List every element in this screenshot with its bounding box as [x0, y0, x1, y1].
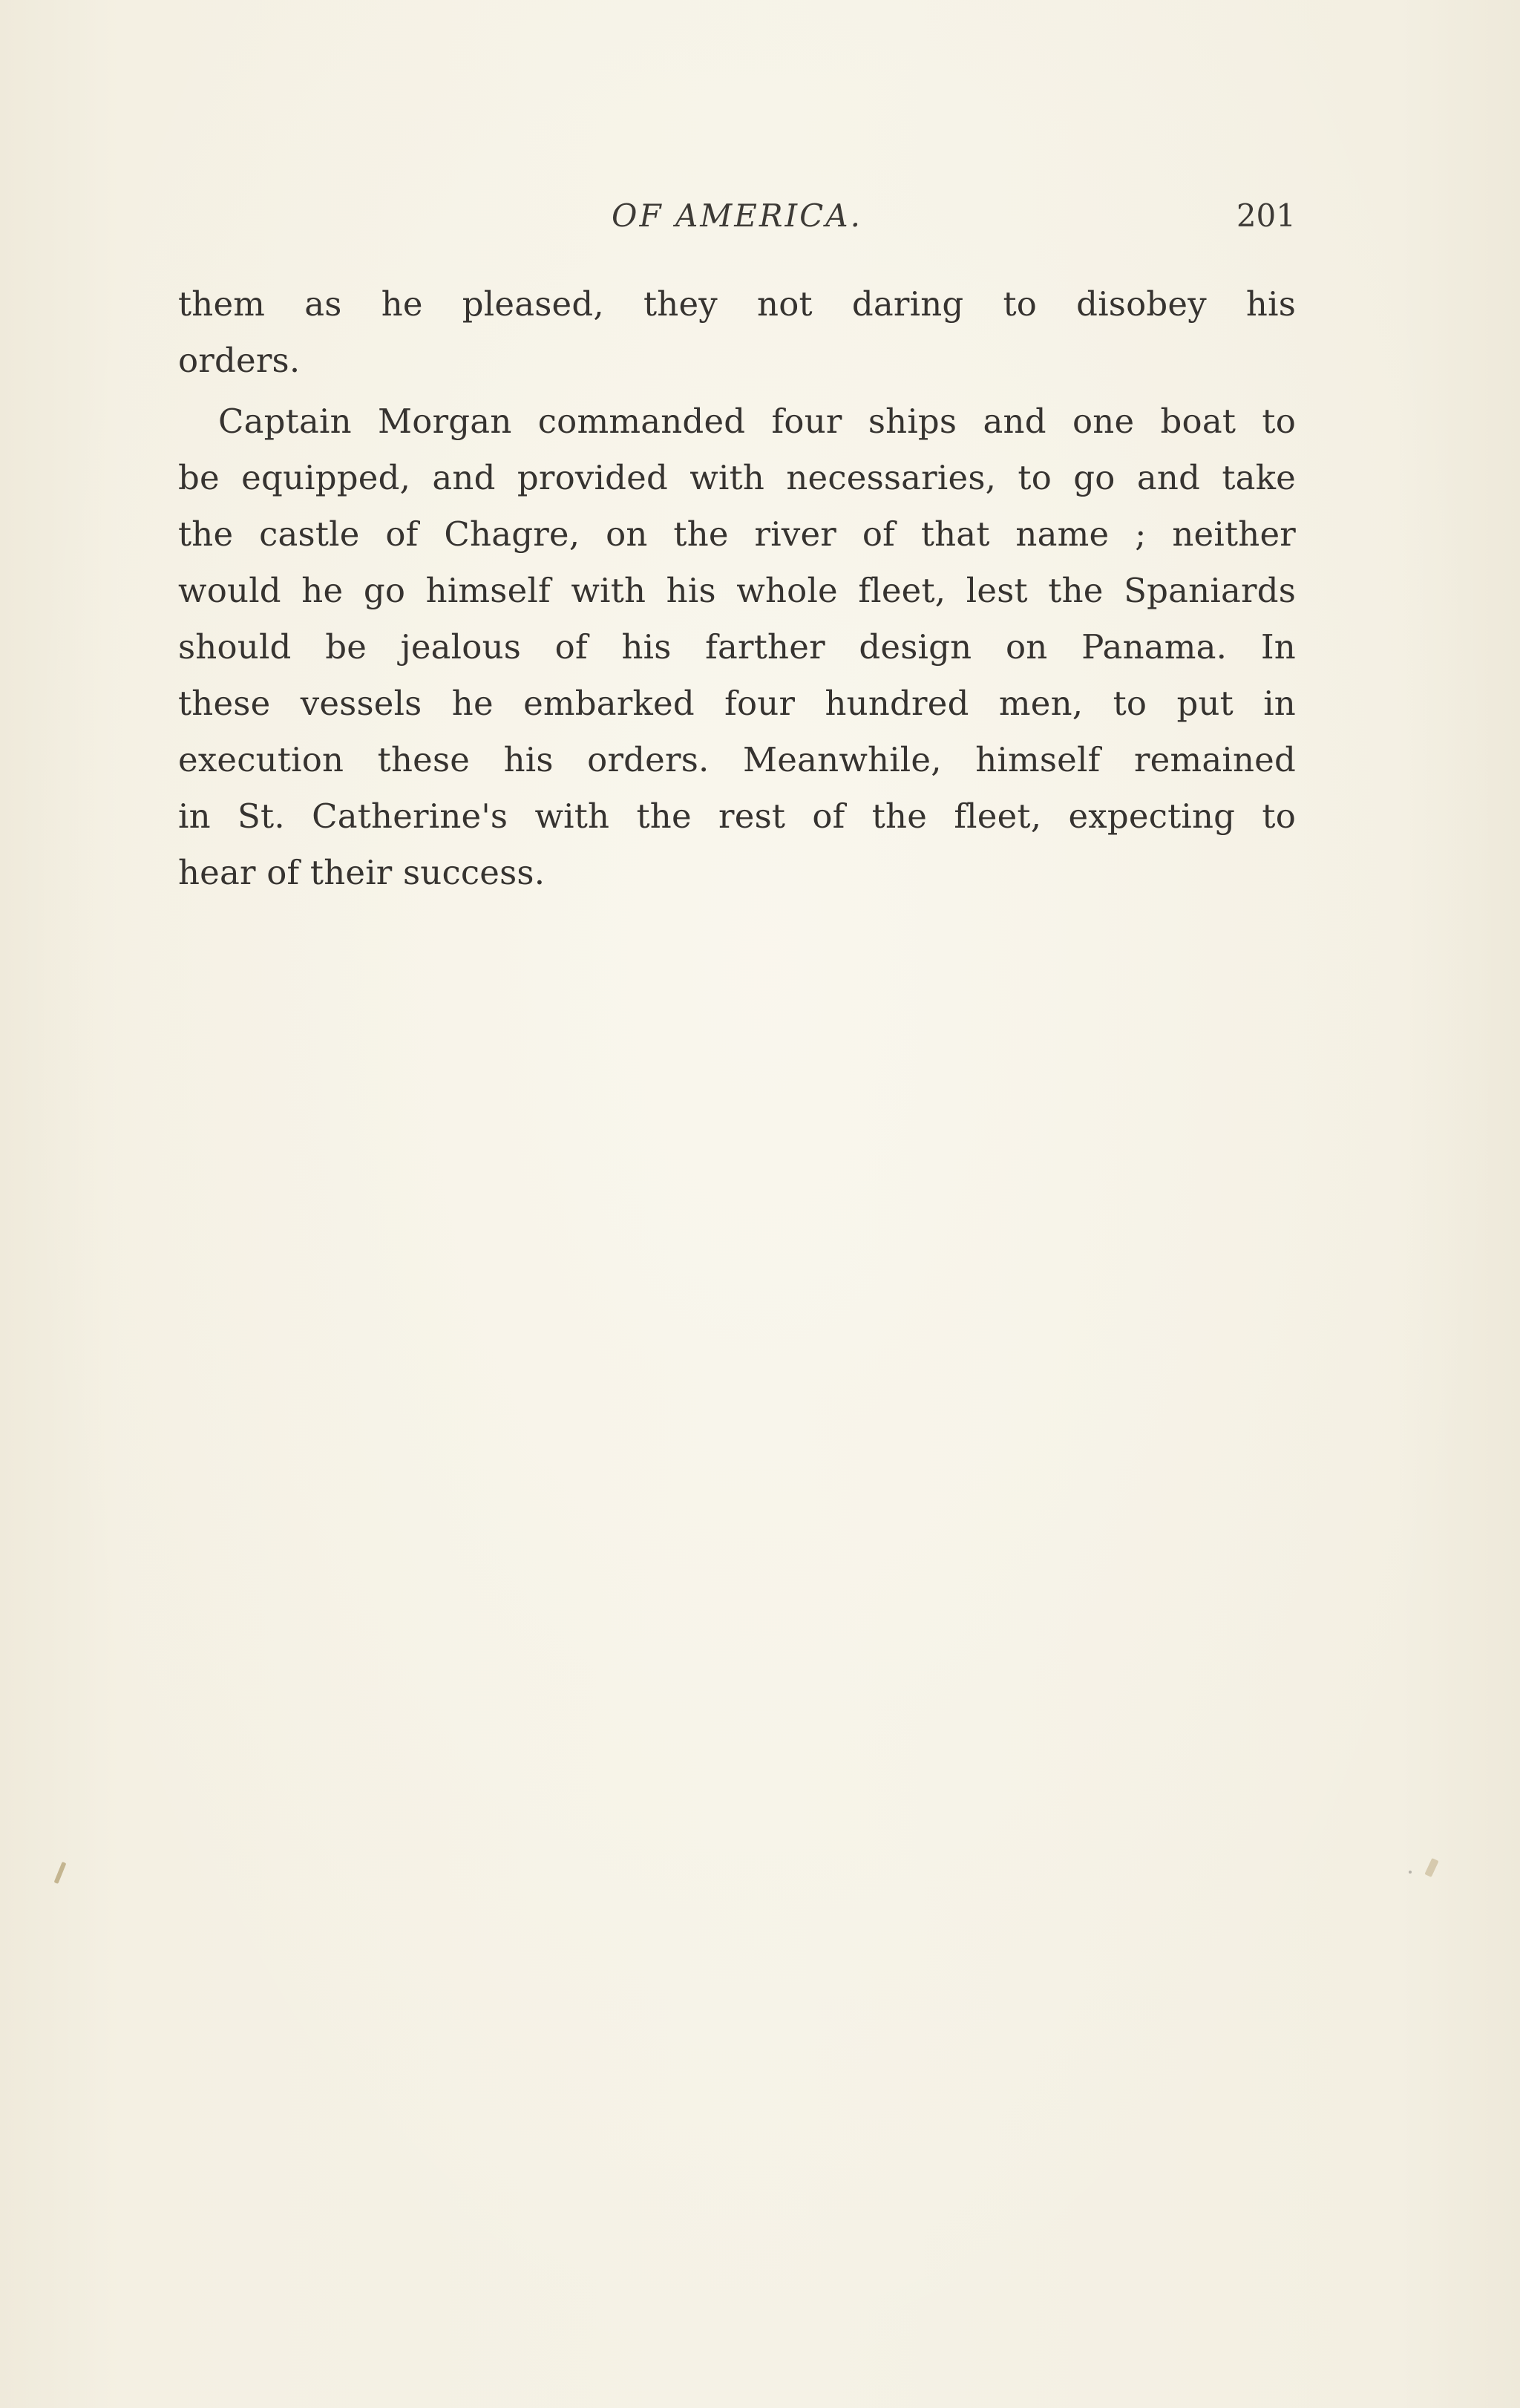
paper-speck-right [1424, 1858, 1438, 1877]
paragraph-continuation: them as he pleased, they not daring to d… [178, 276, 1296, 389]
text-line: the castle of Chagre, on the river of th… [178, 506, 1296, 563]
text-line: them as he pleased, they not daring to d… [178, 276, 1296, 333]
body-text: them as he pleased, they not daring to d… [178, 276, 1296, 901]
running-title: OF AMERICA. [178, 197, 1296, 234]
paper-speck-left [54, 1862, 67, 1884]
text-line: should be jealous of his farther design … [178, 619, 1296, 675]
text-line: these vessels he embarked four hundred m… [178, 675, 1296, 732]
book-page: OF AMERICA. 201 them as he pleased, they… [0, 0, 1520, 2408]
text-line: orders. [178, 333, 1296, 389]
running-head: OF AMERICA. 201 [178, 194, 1296, 239]
text-line: Captain Morgan commanded four ships and … [178, 393, 1296, 450]
text-line: be equipped, and provided with necessari… [178, 450, 1296, 506]
text-line: execution these his orders. Meanwhile, h… [178, 732, 1296, 788]
paragraph-morgan-orders: Captain Morgan commanded four ships and … [178, 393, 1296, 901]
text-line: in St. Catherine's with the rest of the … [178, 788, 1296, 845]
text-line: hear of their success. [178, 845, 1296, 901]
text-line: would he go himself with his whole fleet… [178, 563, 1296, 619]
page-number: 201 [1236, 197, 1296, 234]
paper-dot-right [1409, 1871, 1412, 1874]
